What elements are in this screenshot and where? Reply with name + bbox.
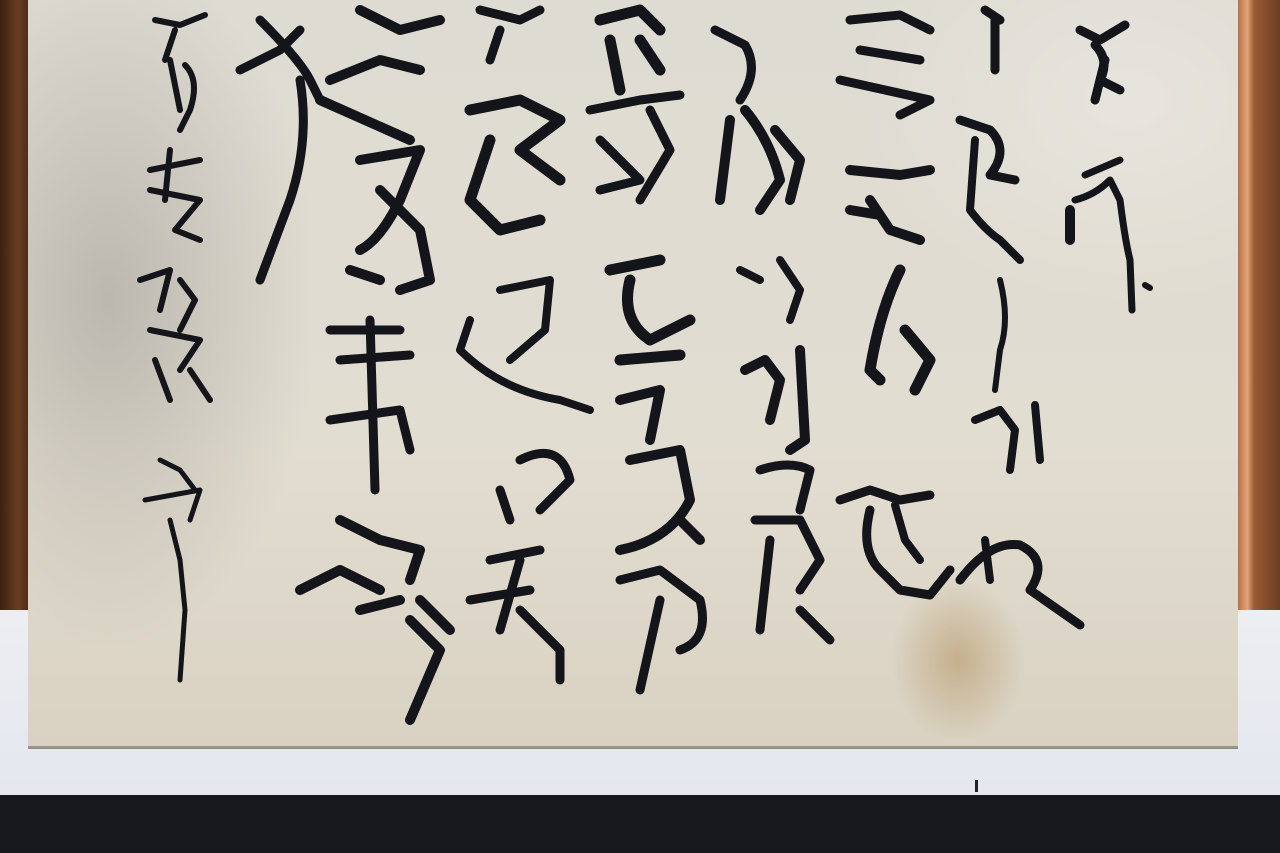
calligraphy-ink	[0, 0, 1280, 853]
column-4	[715, 30, 830, 640]
photo-scene: cursive (草书) …六月 李始榮 筆	[0, 0, 1280, 853]
signature-column	[140, 15, 210, 680]
column-7	[300, 10, 450, 720]
column-6	[460, 10, 590, 680]
column-5	[590, 10, 703, 690]
column-3	[840, 15, 950, 595]
column-2	[960, 10, 1080, 625]
column-8	[240, 20, 320, 280]
column-1	[1070, 25, 1150, 310]
